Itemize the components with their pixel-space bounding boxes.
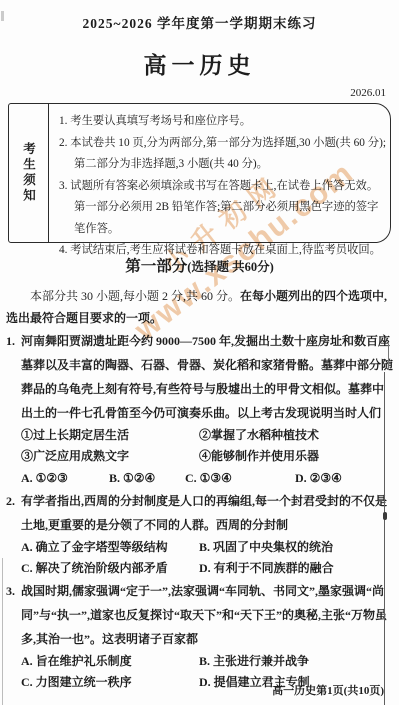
choice-b: B. 巩固了中央集权的统治 xyxy=(199,537,394,558)
notice-side-label: 考生须知 xyxy=(9,104,49,242)
choice-a: A. ①②③ xyxy=(21,467,109,489)
instructions-normal: 本部分共 30 小题,每小题 2 分,共 60 分。 xyxy=(30,289,240,303)
scan-artifact-right-line xyxy=(384,372,386,705)
choice-c: C. 力图建立统一秩序 xyxy=(21,672,199,693)
question-3-stem: 战国时期,儒家强调“定于一”,法家强调“车同轨、书同文”,墨家强调“尚同”与“执… xyxy=(21,579,394,651)
choice-c: C. 解决了统治阶级内部矛盾 xyxy=(21,558,199,579)
numbered-item-1: ①过上长期定居生活 xyxy=(21,425,199,446)
numbered-item-3: ③广泛应用成熟文字 xyxy=(21,446,199,467)
choice-b: B. 主张进行兼并战争 xyxy=(199,651,394,672)
scan-artifact-blob xyxy=(383,512,387,520)
page-number-footer: 高一历史第1页(共10页) xyxy=(272,682,384,698)
candidate-notice-box: 考生须知 1. 考生要认真填写考场号和座位序号。 2. 本试卷共 10 页,分为… xyxy=(8,103,391,243)
exam-date: 2026.01 xyxy=(0,87,399,100)
notice-item-3: 3. 试题所有答案必须填涂或书写在答题卡上,在试卷上作答无效。第一部分必须用 2… xyxy=(59,176,388,241)
exam-session-title: 2025~2026 学年度第一学期期末练习 xyxy=(0,12,399,32)
question-2-stem: 有学者指出,西周的分封制度是人口的再编组,每一个封君受封的不仅是土地,更重要的是… xyxy=(21,489,394,537)
choice-c: C. ①③④ xyxy=(185,467,295,489)
question-2-number: 2. xyxy=(6,489,21,537)
scan-artifact-tick xyxy=(388,344,390,370)
numbered-item-2: ②掌握了水稻种植技术 xyxy=(199,425,394,446)
choice-b: B. ①②④ xyxy=(109,467,185,489)
question-1-stem: 河南舞阳贾湖遗址距今约 9000—7500 年,发掘出土数十座房址和数百座墓葬以… xyxy=(21,329,394,425)
scan-artifact-left-line xyxy=(2,558,3,705)
section-instructions: 本部分共 30 小题,每小题 2 分,共 60 分。在每小题列出的四个选项中,选… xyxy=(6,285,393,329)
notice-items: 1. 考生要认真填写考场号和座位序号。 2. 本试卷共 10 页,分为两部分,第… xyxy=(49,104,390,242)
section-subtitle: (选择题 共60分) xyxy=(187,260,273,274)
question-1-choices: A. ①②③ B. ①②④ C. ①③④ D. ②③④ xyxy=(6,467,394,489)
question-2-stem-row: 2. 有学者指出,西周的分封制度是人口的再编组,每一个封君受封的不仅是土地,更重… xyxy=(6,489,394,537)
choice-d: D. ②③④ xyxy=(295,467,394,489)
numbered-item-4: ④能够制作并使用乐器 xyxy=(199,446,394,467)
notice-item-2: 2. 本试卷共 10 页,分为两部分,第一部分为选择题,30 小题(共 60 分… xyxy=(59,133,388,176)
question-3-number: 3. xyxy=(6,579,21,651)
question-1: 1. 河南舞阳贾湖遗址距今约 9000—7500 年,发掘出土数十座房址和数百座… xyxy=(6,329,394,489)
subject-title: 高一历史 xyxy=(0,47,399,80)
exam-paper-page: 2025~2026 学年度第一学期期末练习 高一历史 2026.01 考生须知 … xyxy=(0,0,399,705)
choice-a: A. 确立了金字塔型等级结构 xyxy=(21,537,199,558)
question-3: 3. 战国时期,儒家强调“定于一”,法家强调“车同轨、书同文”,墨家强调“尚同”… xyxy=(6,579,394,693)
question-1-stem-row: 1. 河南舞阳贾湖遗址距今约 9000—7500 年,发掘出土数十座房址和数百座… xyxy=(6,329,394,425)
question-2: 2. 有学者指出,西周的分封制度是人口的再编组,每一个封君受封的不仅是土地,更重… xyxy=(6,489,394,579)
scan-artifact-topleft xyxy=(1,11,4,21)
question-1-numbered-items: ①过上长期定居生活 ②掌握了水稻种植技术 ③广泛应用成熟文字 ④能够制作并使用乐… xyxy=(6,425,394,467)
question-3-stem-row: 3. 战国时期,儒家强调“定于一”,法家强调“车同轨、书同文”,墨家强调“尚同”… xyxy=(6,579,394,651)
question-2-choices: A. 确立了金字塔型等级结构 B. 巩固了中央集权的统治 C. 解决了统治阶级内… xyxy=(6,537,394,579)
choice-d: D. 有利于不同族群的融合 xyxy=(199,558,394,579)
choice-a: A. 旨在维护礼乐制度 xyxy=(21,651,199,672)
notice-item-1: 1. 考生要认真填写考场号和座位序号。 xyxy=(59,111,388,133)
section-title: 第一部分 xyxy=(125,258,187,275)
question-1-number: 1. xyxy=(6,329,21,425)
